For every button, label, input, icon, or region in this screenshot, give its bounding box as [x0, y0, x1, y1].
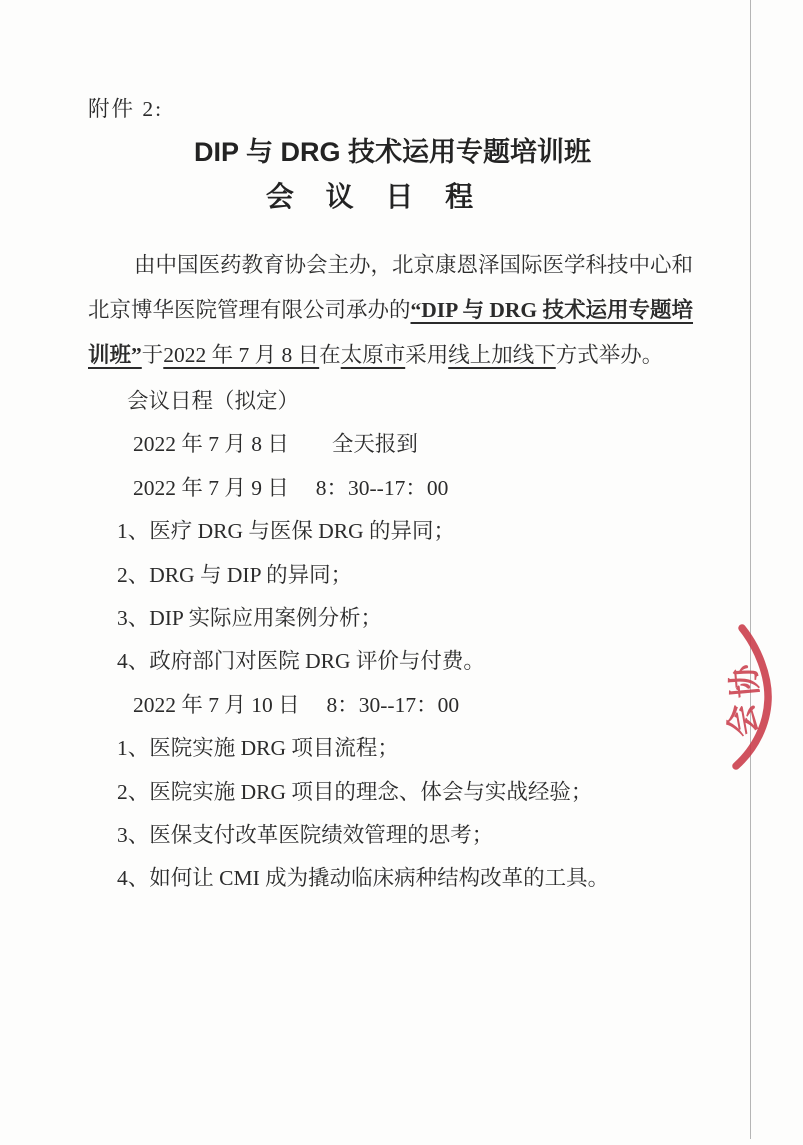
- agenda-item: 3、医保支付改革医院绩效管理的思考；: [117, 814, 609, 857]
- agenda-item: 2、医院实施 DRG 项目的理念、体会与实战经验；: [117, 771, 609, 814]
- course-name-part1: “DIP 与 DRG 技术运用专题培: [411, 298, 694, 322]
- official-seal-stamp: 协 会: [718, 612, 803, 777]
- agenda-date-line: 2022 年 7 月 10 日 8：30--17：00: [117, 684, 609, 727]
- agenda-heading: 会议日程（拟定）: [117, 380, 609, 423]
- intro-line-2: 北京博华医院管理有限公司承办的“DIP 与 DRG 技术运用专题培: [88, 288, 713, 333]
- intro-text-coorganizers: 北京博华医院管理有限公司承办的: [88, 298, 411, 322]
- intro-text-organizers: 由中国医药教育协会主办，北京康恩泽国际医学科技中心和: [134, 253, 693, 277]
- page-title: DIP 与 DRG 技术运用专题培训班: [0, 130, 785, 169]
- agenda-item: 3、DIP 实际应用案例分析；: [117, 597, 609, 640]
- attachment-label: 附件 2:: [88, 92, 163, 123]
- seal-char-1: 协: [726, 662, 766, 699]
- agenda-item: 1、医疗 DRG 与医保 DRG 的异同；: [117, 510, 609, 553]
- intro-line-3: 训班”于2022 年 7 月 8 日在太原市采用线上加线下方式举办。: [88, 333, 713, 378]
- seal-char-2: 会: [722, 701, 764, 740]
- page-subtitle: 会 议 日 程: [0, 175, 751, 215]
- course-name-part2: 训班”: [88, 343, 142, 367]
- intro-text-on: 于: [142, 343, 164, 367]
- agenda-item: 4、如何让 CMI 成为撬动临床病种结构改革的工具。: [117, 857, 609, 900]
- agenda-item: 4、政府部门对医院 DRG 评价与付费。: [117, 640, 609, 683]
- event-mode: 线上加线下: [448, 343, 556, 367]
- intro-text-held: 方式举办。: [556, 343, 664, 367]
- agenda-section: 会议日程（拟定） 2022 年 7 月 8 日 全天报到 2022 年 7 月 …: [117, 380, 609, 901]
- agenda-item: 2、DRG 与 DIP 的异同；: [117, 554, 609, 597]
- intro-text-using: 采用: [405, 343, 448, 367]
- agenda-date-line: 2022 年 7 月 8 日 全天报到: [117, 423, 609, 466]
- intro-paragraph: 由中国医药教育协会主办，北京康恩泽国际医学科技中心和 北京博华医院管理有限公司承…: [88, 243, 713, 378]
- intro-text-at: 在: [319, 343, 341, 367]
- agenda-item: 1、医院实施 DRG 项目流程；: [117, 727, 609, 770]
- event-city: 太原市: [341, 343, 406, 367]
- agenda-date-line: 2022 年 7 月 9 日 8：30--17：00: [117, 467, 609, 510]
- document-page: 附件 2: DIP 与 DRG 技术运用专题培训班 会 议 日 程 由中国医药教…: [0, 0, 803, 1145]
- scan-artifact-line: [750, 0, 751, 1139]
- event-date: 2022 年 7 月 8 日: [163, 343, 319, 367]
- intro-line-1: 由中国医药教育协会主办，北京康恩泽国际医学科技中心和: [88, 243, 713, 288]
